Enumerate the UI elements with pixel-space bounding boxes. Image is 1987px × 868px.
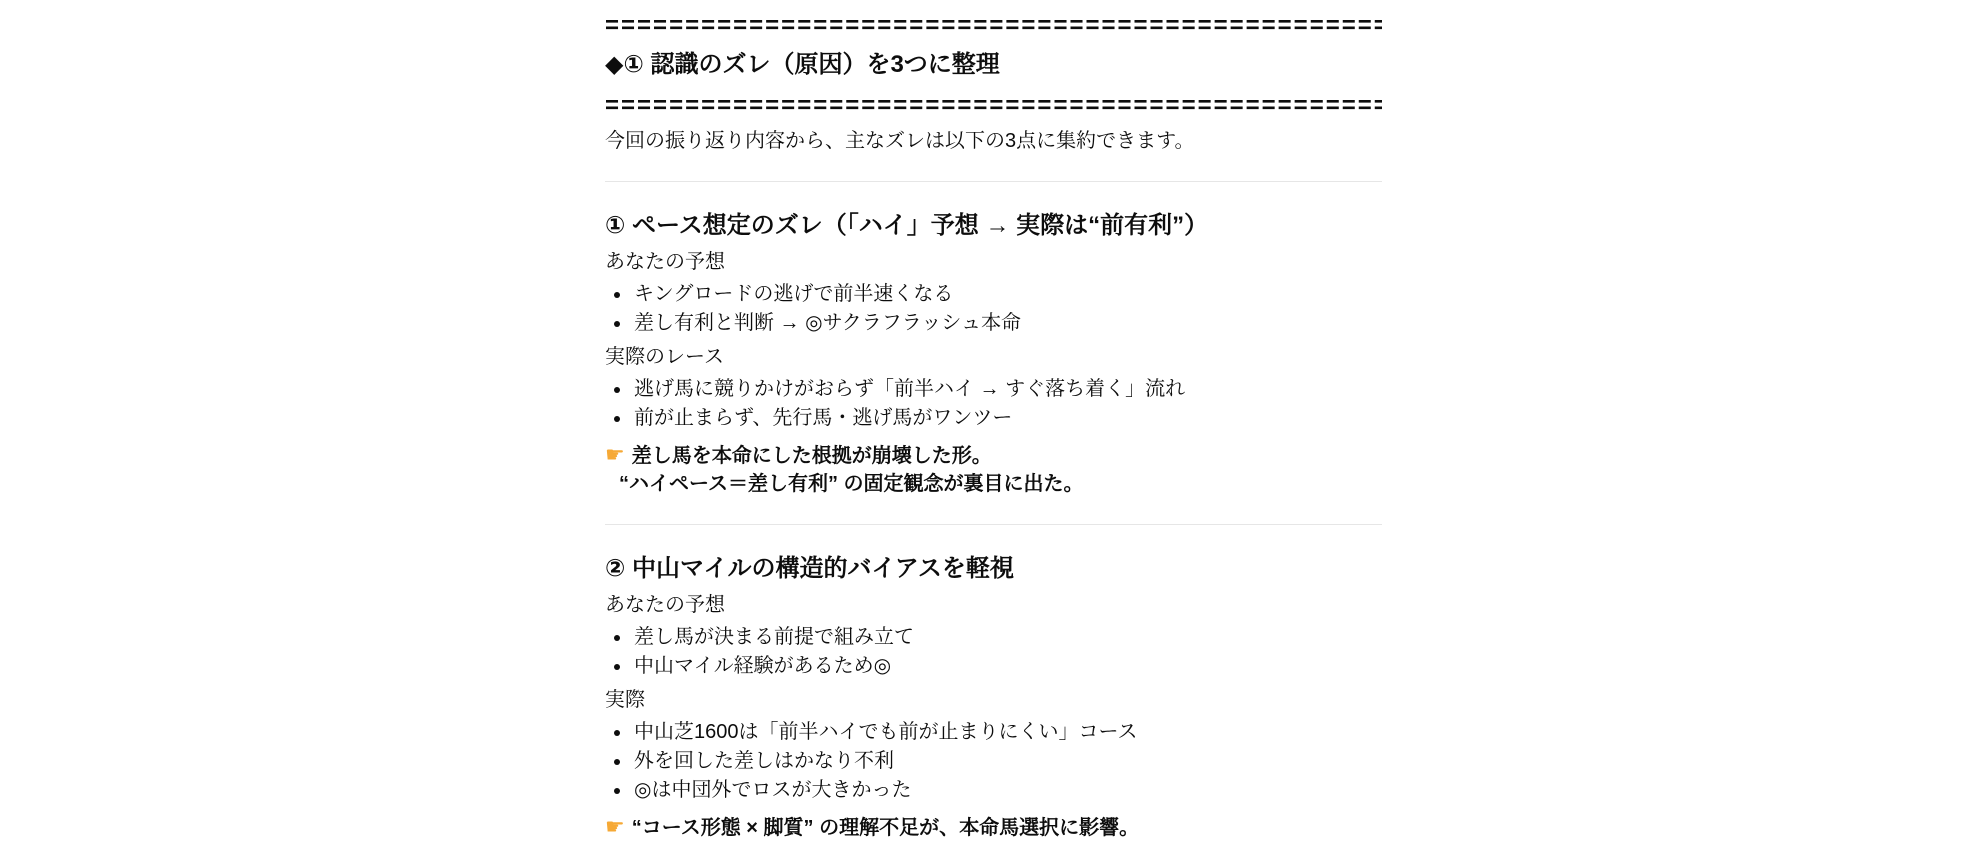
section-pace-mismatch: ① ペース想定のズレ（「ハイ」予想 → 実際は“前有利”） あなたの予想 キング… [605, 210, 1382, 498]
section-divider [605, 181, 1382, 182]
document-title: ◆① 認識のズレ（原因）を3つに整理 [605, 49, 1382, 81]
document-content: ========================================… [605, 0, 1382, 842]
intro-paragraph: 今回の振り返り内容から、主なズレは以下の3点に集約できます。 [605, 127, 1382, 155]
title-separator-bottom: ========================================… [605, 91, 1382, 121]
list-item: 差し馬が決まる前提で組み立て [632, 623, 1382, 651]
pointing-right-icon: ☛ [605, 815, 625, 840]
list-item: 差し有利と判断 → ◎サクラフラッシュ本命 [632, 309, 1382, 337]
list-item: 逃げ馬に競りかけがおらず「前半ハイ → すぐ落ち着く」流れ [632, 375, 1382, 403]
list-item: 外を回した差しはかなり不利 [632, 747, 1382, 775]
actual-list: 逃げ馬に競りかけがおらず「前半ハイ → すぐ落ち着く」流れ 前が止まらず、先行馬… [605, 375, 1382, 432]
list-item: キングロードの逃げで前半速くなる [632, 280, 1382, 308]
section-heading: ① ペース想定のズレ（「ハイ」予想 → 実際は“前有利”） [605, 210, 1382, 242]
conclusion-paragraph: ☛“コース形態 × 脚質” の理解不足が、本命馬選択に影響。 [605, 814, 1382, 842]
list-item: ◎は中団外でロスが大きかった [632, 776, 1382, 804]
prediction-list: キングロードの逃げで前半速くなる 差し有利と判断 → ◎サクラフラッシュ本命 [605, 280, 1382, 337]
section-heading: ② 中山マイルの構造的バイアスを軽視 [605, 553, 1382, 585]
list-item: 前が止まらず、先行馬・逃げ馬がワンツー [632, 404, 1382, 432]
pointing-right-icon: ☛ [605, 443, 625, 468]
conclusion-line1: “コース形態 × 脚質” の理解不足が、本命馬選択に影響。 [632, 817, 1139, 839]
actual-label: 実際のレース [605, 343, 1382, 371]
conclusion-line2: “ハイペース＝差し有利” の固定観念が裏目に出た。 [605, 470, 1382, 498]
conclusion-paragraph: ☛差し馬を本命にした根拠が崩壊した形。 “ハイペース＝差し有利” の固定観念が裏… [605, 442, 1382, 498]
list-item: 中山マイル経験があるため◎ [632, 652, 1382, 680]
prediction-label: あなたの予想 [605, 248, 1382, 276]
prediction-label: あなたの予想 [605, 591, 1382, 619]
title-separator-top: ========================================… [605, 11, 1382, 41]
prediction-list: 差し馬が決まる前提で組み立て 中山マイル経験があるため◎ [605, 623, 1382, 680]
section-divider [605, 524, 1382, 525]
section-course-bias: ② 中山マイルの構造的バイアスを軽視 あなたの予想 差し馬が決まる前提で組み立て… [605, 553, 1382, 842]
actual-list: 中山芝1600は「前半ハイでも前が止まりにくい」コース 外を回した差しはかなり不… [605, 718, 1382, 804]
actual-label: 実際 [605, 686, 1382, 714]
conclusion-line1: 差し馬を本命にした根拠が崩壊した形。 [632, 445, 992, 467]
list-item: 中山芝1600は「前半ハイでも前が止まりにくい」コース [632, 718, 1382, 746]
